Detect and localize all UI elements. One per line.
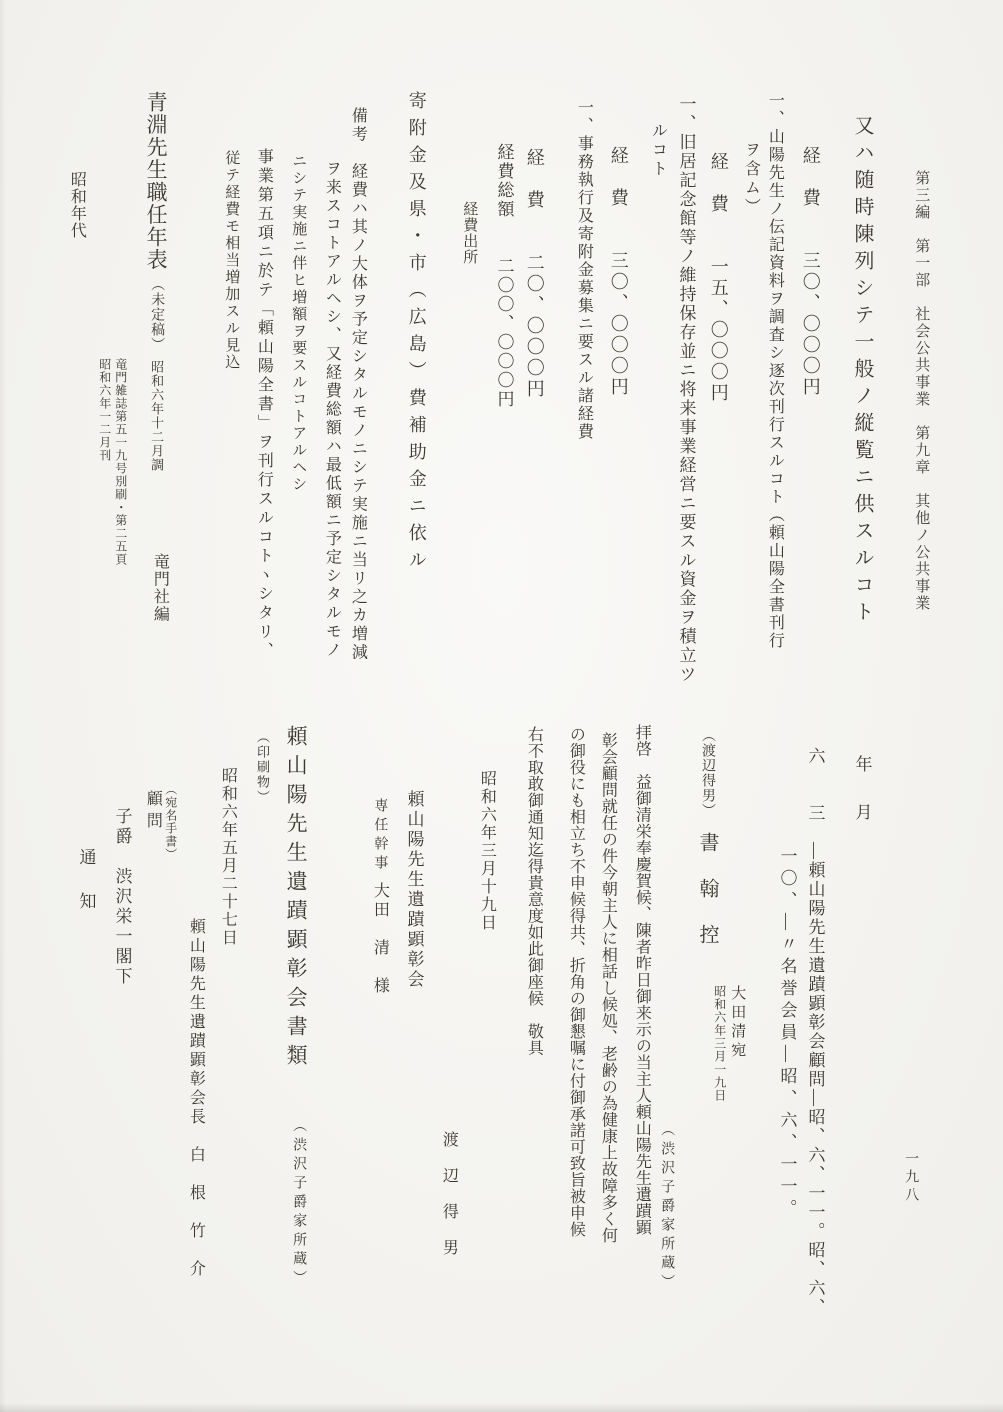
budget-remarks-line4: 事業第五項ニ於テ「頼山陽全書」ヲ刊行スルコトヽシタリ、 — [254, 148, 272, 661]
letter-author: （渡辺得男） — [700, 728, 715, 818]
budget-display-note: 又ハ随時陳列シテ一般ノ縦覧ニ供スルコト — [850, 115, 873, 628]
chronology-entry: 六 三 ―頼山陽先生遺蹟顕彰会顧問―昭、六、一一。昭、六、 — [805, 747, 825, 1317]
nempyo-title-note: （未定稿） — [149, 277, 164, 352]
letter-heading-column: （渡辺得男）書 翰 控 — [695, 728, 718, 947]
budget-item-preservation: 一、旧居記念館等ノ維持保存並ニ将来事業経営ニ要スル資金ヲ積立ツ — [676, 95, 696, 684]
budget-cost-total: 経費総額 二〇〇、〇〇〇円 — [494, 143, 514, 409]
letter-date-small: 昭和六年三月一九日 — [712, 985, 726, 1102]
nempyo-title-column: 青淵先生職任年表（未定稿）昭和六年十二月調 — [144, 91, 168, 472]
budget-item-biography: 一、山陽先生ノ伝記資料ヲ調査シ逐次刊行スルコト（頼山陽全書刊行 — [765, 92, 783, 650]
documents-heading: 頼山陽先生遺蹟顕彰会書類 — [284, 725, 308, 1073]
running-header: 第三編 第一部 社会公共事業 第九章 其他ノ公共事業 — [912, 170, 929, 612]
budget-cost-office: 経 費 二〇、〇〇〇円 — [524, 148, 545, 400]
nempyo-compiled: 昭和六年十二月調 — [149, 360, 164, 472]
budget-remarks-line1: 備考 経費ハ其ノ大体ヲ予定シタルモノニシテ実施ニ当リ之カ増減 — [348, 107, 366, 662]
documents-address-note: （宛名手書） — [163, 783, 177, 861]
budget-source-heading: 経費出所 — [460, 201, 477, 265]
budget-item-preservation-wrap: ルコト — [648, 122, 666, 179]
budget-item-biography-wrap: ヲ含ム） — [741, 141, 759, 217]
budget-remarks-line5: 従テ経費モ相当増加スル見込 — [222, 150, 239, 371]
nempyo-source-line2: 昭和六年一二月刊 — [97, 358, 111, 462]
letter-signature: 渡 辺 得 男 — [439, 1131, 457, 1257]
documents-provenance: （渋沢子爵家所蔵） — [290, 1118, 306, 1289]
chronology-column-header: 年 月 — [852, 755, 872, 827]
letter-recipient-org: 頼山陽先生遺蹟顕彰会 — [404, 790, 424, 990]
letter-provenance: （渋沢子爵家所蔵） — [658, 1122, 674, 1293]
documents-notice-type: 通 知 — [76, 848, 96, 914]
scanned-book-page: 第三編 第一部 社会公共事業 第九章 其他ノ公共事業 一九八 又ハ随時陳列シテ一… — [0, 0, 1003, 1412]
letter-body-line3: の御役にも相立ち不申候得共、折角の御懇嘱に付御承諾可致旨被申候 — [566, 726, 584, 1238]
budget-remarks-line2: ヲ来スコトアルヘシ、又経費総額ハ最低額ニ予定シタルモノ — [322, 160, 340, 660]
letter-body-line4: 右不取敢御通知迄得貴意度如此御座候 敬具 — [524, 726, 542, 1056]
chronology-entry-wrap: 一〇、―〃名誉会員―昭、六、一一。 — [777, 847, 797, 1221]
nempyo-editor: 竜門社編 — [150, 553, 168, 623]
budget-cost-biography: 経 費 一五、〇〇〇円 — [708, 152, 729, 404]
nempyo-source-line1: 竜門雑誌第五一九号別刷・第二五頁 — [113, 358, 127, 566]
budget-remarks-line3: ニシテ実施ニ伴ヒ増額ヲ要スルコトアルヘシ — [289, 153, 306, 493]
letter-body-line1: 拝啓 益御清栄奉慶賀候、陳者昨日御来示の当主人頼山陽先生遺蹟顕 — [632, 724, 650, 1236]
letter-body-line2: 彰会顧問就任の件今朝主人に相話し候処、老齢の為健康上故障多く何 — [598, 732, 616, 1244]
letter-recipient-name: 大田 清 様 — [371, 882, 388, 996]
documents-sender: 頼山陽先生遺蹟顕彰会長 白 根 竹 介 — [186, 918, 204, 1279]
scan-edge-bottom — [0, 1403, 1003, 1412]
budget-cost-preservation: 経 費 三〇、〇〇〇円 — [608, 146, 629, 398]
nempyo-era-heading: 昭和年代 — [67, 171, 85, 239]
budget-cost-display: 経 費 三〇、〇〇〇円 — [800, 146, 821, 398]
page-number: 一九八 — [902, 1151, 918, 1205]
letter-title: 書 翰 控 — [696, 832, 718, 947]
budget-source-text: 寄附金及県・市（広島）費補助金ニ依ル — [406, 91, 427, 577]
documents-role-label: 顧問 — [143, 790, 161, 834]
documents-addressee: 子爵 渋沢栄一閣下 — [112, 807, 132, 987]
budget-item-office: 一、事務執行及寄附金募集ニ要スル諸経費 — [574, 99, 592, 441]
scan-edge-left — [0, 0, 6, 1412]
letter-recipient-role: 専任幹事 — [372, 798, 387, 874]
documents-format-note: （印刷物） — [254, 730, 269, 805]
letter-date: 昭和六年三月十九日 — [477, 770, 495, 932]
documents-date: 昭和六年五月二十七日 — [218, 767, 236, 947]
letter-addressee-small: 大田清宛 — [728, 985, 745, 1061]
nempyo-title: 青淵先生職任年表 — [144, 91, 168, 271]
letter-recipient-column: 専任幹事大田 清 様 — [370, 798, 388, 996]
